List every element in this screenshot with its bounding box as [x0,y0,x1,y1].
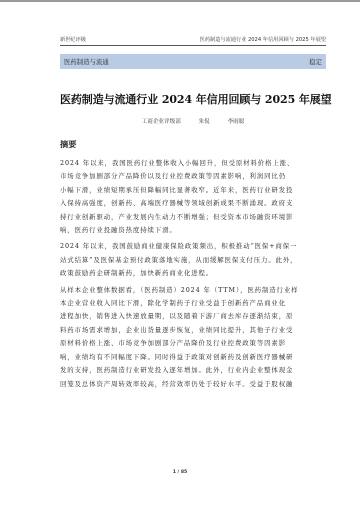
text-line: 2024 年以来，我国鼓励商业健康保险政策频出，积极推动“医保+商保一 [60,240,326,253]
text-line: 持行业创新驱动，产业发展内生动力不断增强；但受资本市场融资环境影 [60,211,326,224]
authors-line: 工商企业评级部 朱侃 李雨聪 [60,117,326,125]
text-line: 政策鼓励药企研制新药，加快新药商业化进程。 [60,267,326,280]
industry-category-bar: 医药制造与流通 稳定 [60,54,326,69]
text-line: 响，医药行业投融资热度持续下滑。 [60,224,326,237]
text-line: 料药市场需求增加，企业出货量逐步恢复，业绩同比提升，其他子行业受 [60,324,326,337]
text-line: 回笼及总体资产周转效率较高，经营效率仍处于较好水平。受益于股权融 [60,378,326,391]
abstract-paragraph: 2024 年以来，我国鼓励商业健康保险政策频出，积极推动“医保+商保一 站式结算… [60,240,326,280]
page-number: 1 / 85 [0,470,360,475]
text-line: 市场竞争加剧部分产品降价以及行业控费政策等因素影响，利润同比仍 [60,170,326,183]
text-line: 从样本企业整体数据看，（医药制造）2024 年（TTM），医药制造行业样 [60,284,326,297]
text-line: 小幅下滑，业绩短期承压但降幅同比显著收窄。近年来，医药行业研发投 [60,184,326,197]
document-page: 新世纪评级 医药制造与流通行业 2024 年信用回顾与 2025 年展望 医药制… [60,33,326,391]
text-line: 进程加快，销售进入快速放量期，以及随着下游厂商去库存逐渐结束，原 [60,310,326,323]
text-line: 2024 年以来，我国医药行业整体收入小幅回升，但受原材料价格上涨、 [60,157,326,170]
viewer-top-edge [0,0,360,2]
text-line: 发的支持，医药制造行业研发投入逐年增加。此外，行业内企业整体现金 [60,364,326,377]
outlook-label: 稳定 [309,57,322,66]
industry-label: 医药制造与流通 [64,57,109,66]
text-line: 原材料价格上涨、市场竞争加剧部分产品降价及行业控费政策等因素影 [60,337,326,350]
text-line: 站式结算”及医保基金预付政策落地实施，从而缓解医保支付压力。此外， [60,254,326,267]
text-line: 入保持高强度，创新药、高端医疗器械等领域创新成果不断涌现。政府支 [60,197,326,210]
publisher-name: 新世纪评级 [60,38,86,43]
author-name: 朱侃 [199,119,210,125]
text-line: 本企业营业收入同比下滑，除化学制药子行业受益于创新药产品商业化 [60,297,326,310]
running-header: 新世纪评级 医药制造与流通行业 2024 年信用回顾与 2025 年展望 [60,33,326,46]
text-line: 响，业绩均有不同幅度下降。同时得益于政策对创新药及创新医疗器械研 [60,351,326,364]
running-header-title: 医药制造与流通行业 2024 年信用回顾与 2025 年展望 [200,38,326,43]
abstract-paragraph: 2024 年以来，我国医药行业整体收入小幅回升，但受原材料价格上涨、 市场竞争加… [60,157,326,237]
document-title: 医药制造与流通行业 2024 年信用回顾与 2025 年展望 [60,91,326,107]
abstract-paragraph: 从样本企业整体数据看，（医药制造）2024 年（TTM），医药制造行业样 本企业… [60,284,326,391]
author-name: 李雨聪 [228,119,245,125]
author-department: 工商企业评级部 [142,119,181,125]
section-heading-abstract: 摘要 [60,139,326,150]
